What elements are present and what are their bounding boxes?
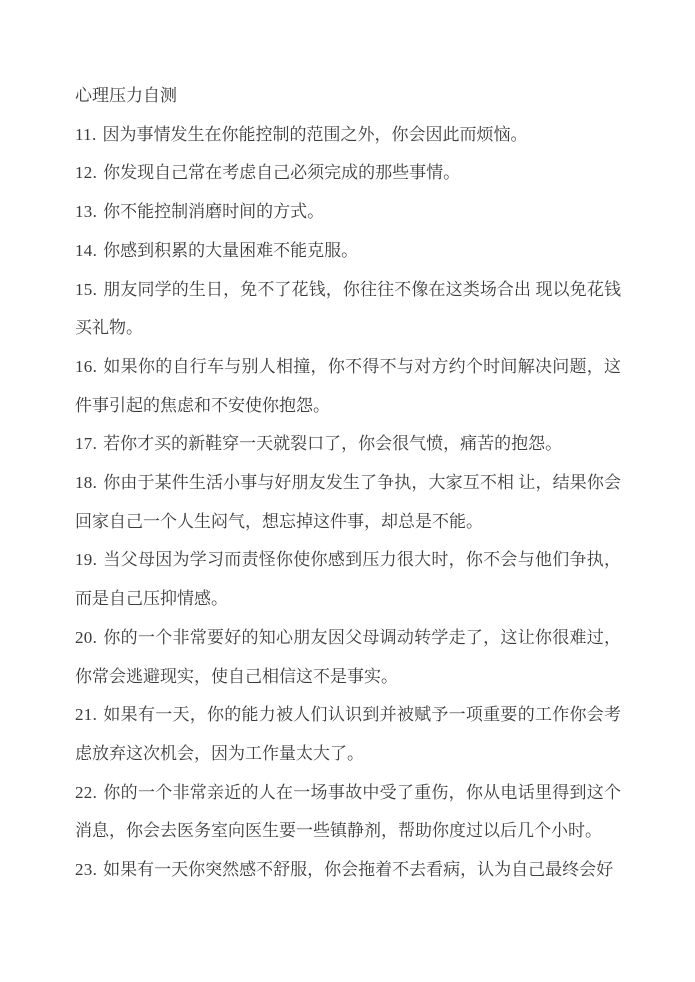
question-item: 17.若你才买的新鞋穿一天就裂口了，你会很气愤，痛苦的抱怨。 xyxy=(75,425,621,464)
question-text: 朋友同学的生日，免不了花钱，你往往不像在这类场合出 现以免花钱买礼物。 xyxy=(75,280,621,338)
question-list: 11.因为事情发生在你能控制的范围之外，你会因此而烦恼。12.你发现自己常在考虑… xyxy=(75,116,621,890)
question-number: 16. xyxy=(75,357,97,376)
question-item: 12.你发现自己常在考虑自己必须完成的那些事情。 xyxy=(75,154,621,193)
question-number: 18. xyxy=(75,473,97,492)
question-item: 19.当父母因为学习而责怪你使你感到压力很大时，你不会与他们争执，而是自己压抑情… xyxy=(75,541,621,618)
question-text: 因为事情发生在你能控制的范围之外，你会因此而烦恼。 xyxy=(103,125,528,144)
question-item: 18.你由于某件生活小事与好朋友发生了争执，大家互不相 让，结果你会回家自己一个… xyxy=(75,464,621,541)
question-item: 13.你不能控制消磨时间的方式。 xyxy=(75,193,621,232)
question-text: 你的一个非常亲近的人在一场事故中受了重伤，你从电话里得到这个消息，你会去医务室向… xyxy=(75,783,621,841)
question-text: 你发现自己常在考虑自己必须完成的那些事情。 xyxy=(103,163,460,182)
question-item: 15.朋友同学的生日，免不了花钱，你往往不像在这类场合出 现以免花钱买礼物。 xyxy=(75,271,621,348)
question-number: 15. xyxy=(75,280,97,299)
question-number: 22. xyxy=(75,783,97,802)
question-text: 你由于某件生活小事与好朋友发生了争执，大家互不相 让，结果你会回家自己一个人生闷… xyxy=(75,473,621,531)
question-item: 23.如果有一天你突然感不舒服，你会拖着不去看病，认为自己最终会好 xyxy=(75,851,621,890)
document-page: 心理压力自测 11.因为事情发生在你能控制的范围之外，你会因此而烦恼。12.你发… xyxy=(0,0,695,982)
question-number: 11. xyxy=(75,125,97,144)
question-text: 你不能控制消磨时间的方式。 xyxy=(103,202,324,221)
page-title: 心理压力自测 xyxy=(75,77,621,116)
question-item: 11.因为事情发生在你能控制的范围之外，你会因此而烦恼。 xyxy=(75,116,621,155)
question-number: 23. xyxy=(75,860,97,879)
question-number: 12. xyxy=(75,163,97,182)
question-text: 如果你的自行车与别人相撞，你不得不与对方约个时间解决问题，这件事引起的焦虑和不安… xyxy=(75,357,621,415)
question-item: 22.你的一个非常亲近的人在一场事故中受了重伤，你从电话里得到这个消息，你会去医… xyxy=(75,774,621,851)
question-item: 14.你感到积累的大量困难不能克服。 xyxy=(75,232,621,271)
question-number: 21. xyxy=(75,705,97,724)
question-item: 21.如果有一天，你的能力被人们认识到并被赋予一项重要的工作你会考虑放弃这次机会… xyxy=(75,696,621,773)
question-item: 20.你的一个非常要好的知心朋友因父母调动转学走了，这让你很难过，你常会逃避现实… xyxy=(75,619,621,696)
question-text: 如果有一天，你的能力被人们认识到并被赋予一项重要的工作你会考虑放弃这次机会，因为… xyxy=(75,705,621,763)
question-text: 你感到积累的大量困难不能克服。 xyxy=(103,241,358,260)
question-item: 16.如果你的自行车与别人相撞，你不得不与对方约个时间解决问题，这件事引起的焦虑… xyxy=(75,348,621,425)
question-text: 你的一个非常要好的知心朋友因父母调动转学走了，这让你很难过，你常会逃避现实，使自… xyxy=(75,628,621,686)
question-number: 17. xyxy=(75,434,97,453)
question-text: 若你才买的新鞋穿一天就裂口了，你会很气愤，痛苦的抱怨。 xyxy=(103,434,562,453)
question-number: 19. xyxy=(75,550,97,569)
question-text: 如果有一天你突然感不舒服，你会拖着不去看病，认为自己最终会好 xyxy=(103,860,613,879)
question-number: 20. xyxy=(75,628,97,647)
question-number: 13. xyxy=(75,202,97,221)
question-number: 14. xyxy=(75,241,97,260)
question-text: 当父母因为学习而责怪你使你感到压力很大时，你不会与他们争执，而是自己压抑情感。 xyxy=(75,550,621,608)
